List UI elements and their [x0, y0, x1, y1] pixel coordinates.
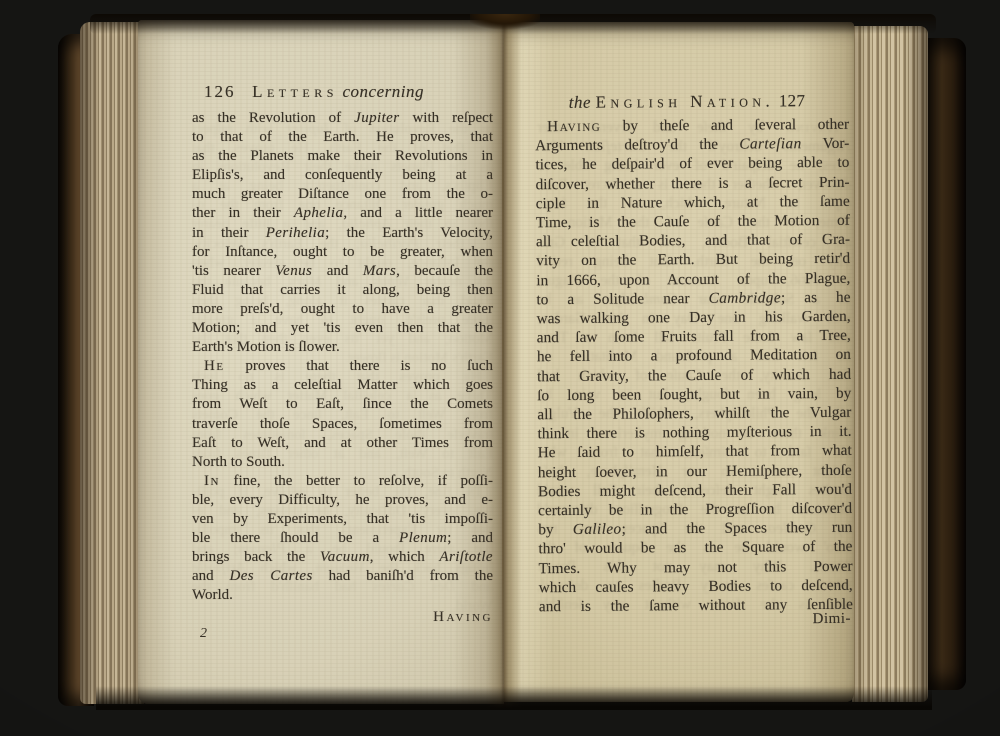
left-catchword: Having [192, 609, 493, 626]
text-line: ther in their Aphelia, and a little near… [192, 204, 493, 223]
text-line: ble there ſhould be a Plenum; and [192, 529, 493, 548]
text-line: he fell into a profound Meditation on [537, 345, 851, 367]
right-running-title-italic: the [569, 93, 591, 112]
text-line: He ſaid to himſelf, that from what [538, 441, 852, 463]
text-line: World. [192, 586, 493, 605]
right-running-title-caps: English Nation. [596, 91, 775, 111]
right-page-stack-edge [852, 26, 928, 702]
text-line: in 1666, upon Account of the Plague, [536, 268, 850, 290]
left-page: as the Revolution of Jupiter with reſpec… [138, 20, 504, 704]
text-line: ciple in Nature which, at the ſame [536, 192, 850, 214]
text-line: 'tis nearer Venus and Mars, becauſe the [192, 262, 493, 281]
right-page: Having by theſe and ſeveral otherArgumen… [504, 22, 854, 702]
text-line: as the Revolution of Jupiter with reſpec… [192, 109, 493, 128]
text-line: ſo long been ſought, but in vain, by [537, 384, 851, 406]
text-line: which cauſes heavy Bodies to deſcend, [539, 576, 853, 598]
photo-background: as the Revolution of Jupiter with reſpec… [0, 0, 1000, 736]
text-line: by Galileo; and the Spaces they run [538, 518, 852, 540]
text-line: tices, he deſpair'd of ever being able t… [535, 153, 849, 175]
text-line: in their Perihelia; the Earth's Velocity… [192, 224, 493, 243]
text-line: ven by Experiments, that 'tis impoſſi- [192, 510, 493, 529]
left-page-text: as the Revolution of Jupiter with reſpec… [192, 109, 493, 605]
text-line: ble, every Difficulty, he proves, and e- [192, 491, 493, 510]
text-line: Elipſis's, and conſequently being at a [192, 166, 493, 185]
text-line: all celeſtial Bodies, and that of Gra- [536, 230, 850, 252]
signature-mark: 2 [200, 626, 207, 642]
text-line: Bodies might deſcend, their Fall wou'd [538, 480, 852, 502]
left-running-title-italic: concerning [343, 82, 424, 101]
left-running-header: 126 Letters concerning [204, 82, 424, 102]
text-line: all the Philoſophers, whilſt the Vulgar [537, 403, 851, 425]
text-line: diſcover, whether there is a ſecret Prin… [535, 172, 849, 194]
text-line: North to South. [192, 453, 493, 472]
right-running-header: the English Nation. 127 [522, 91, 852, 113]
text-line: more preſs'd, ought to have a greater [192, 300, 493, 319]
text-line: was walking one Day in his Garden, [537, 307, 851, 329]
text-line: traverſe thoſe Spaces, ſometimes from [192, 415, 493, 434]
text-line: He proves that there is no ſuch [192, 357, 493, 376]
text-line: Thing as a celeſtial Matter which goes [192, 376, 493, 395]
left-page-number: 126 [204, 82, 236, 101]
left-page-stack-edge [80, 22, 144, 704]
right-page-number: 127 [779, 91, 806, 110]
right-page-text: Having by theſe and ſeveral otherArgumen… [535, 115, 853, 617]
text-line: Arguments deſtroy'd the Carteſian Vor- [535, 134, 849, 156]
book-cover-right-edge [926, 38, 966, 690]
text-line: think there is nothing myſterious in it. [537, 422, 851, 444]
text-line: thro' would be as the Square of the [538, 537, 852, 559]
text-line: Times. Why may not this Power [539, 556, 853, 578]
left-running-title-caps: Letters [252, 82, 338, 101]
text-line: brings back the Vacuum, which Ariſtotle [192, 548, 493, 567]
text-line: much greater Diſtance one from the o- [192, 185, 493, 204]
text-line: Eaſt to Weſt, and at other Times from [192, 434, 493, 453]
text-line: Time, is the Cauſe of the Motion of [536, 211, 850, 233]
text-line: certainly be in the Progreſſion diſcover… [538, 499, 852, 521]
text-line: to a Solitude near Cambridge; as he [536, 288, 850, 310]
text-line: from Weſt to Eaſt, ſince the Comets [192, 395, 493, 414]
right-catchword: Dimi- [537, 611, 851, 630]
text-line: and ſaw ſome Fruits fall from a Tree, [537, 326, 851, 348]
text-line: In fine, the better to reſolve, if poſſi… [192, 472, 493, 491]
text-line: Motion; and yet 'tis even then that the [192, 319, 493, 338]
text-line: Having by theſe and ſeveral other [535, 115, 849, 137]
text-line: that Gravity, the Cauſe of which had [537, 364, 851, 386]
text-line: as the Planets make their Revolutions in [192, 147, 493, 166]
text-line: vity on the Earth. But being retir'd [536, 249, 850, 271]
text-line: to that of the Earth. He proves, that [192, 128, 493, 147]
text-line: height ſoever, in our Hemiſphere, thoſe [538, 460, 852, 482]
text-line: Fluid that carries it along, being then [192, 281, 493, 300]
text-line: for Inſtance, ought to be greater, when [192, 243, 493, 262]
text-line: and Des Cartes had baniſh'd from the [192, 567, 493, 586]
text-line: Earth's Motion is ſlower. [192, 338, 493, 357]
